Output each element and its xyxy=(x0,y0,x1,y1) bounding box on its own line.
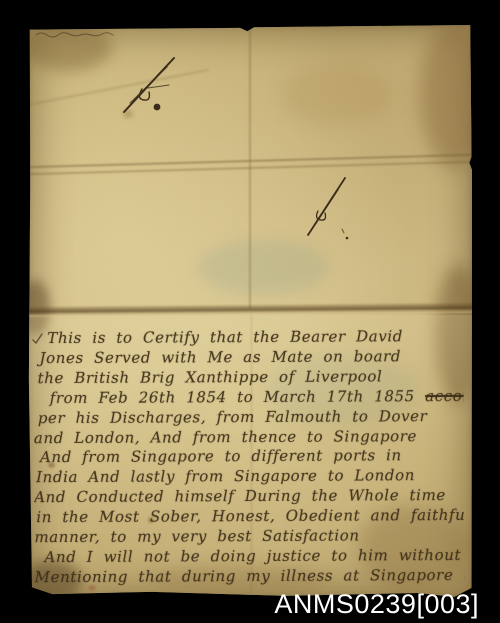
handwritten-line: manner, to my very best Satisfaction xyxy=(34,526,464,548)
photo-frame: This is to Certify that the Bearer David… xyxy=(0,0,500,623)
handwritten-line: India And lastly from Singapore to Londo… xyxy=(34,466,464,488)
handwritten-line: per his Discharges, from Falmouth to Dov… xyxy=(34,406,464,428)
fold-crease-horizontal xyxy=(24,153,476,179)
ink-mark-upper-icon xyxy=(122,55,192,127)
paper-stain xyxy=(283,65,393,125)
handwritten-line-with-correction: from Feb 26th 1854 to March 17th 1855 ac… xyxy=(34,387,464,409)
paper-stain xyxy=(198,240,328,295)
pencil-inscription-icon xyxy=(34,28,116,40)
catalog-number-caption: ANMS0239[003] xyxy=(274,589,479,620)
handwritten-line: in the Most Sober, Honest, Obedient and … xyxy=(34,506,464,528)
fold-crease-major xyxy=(24,302,476,318)
handwritten-text: This is to Certify that the Bearer David… xyxy=(33,327,464,588)
document-paper: This is to Certify that the Bearer David… xyxy=(28,25,472,597)
paper-stain xyxy=(420,19,490,169)
paper-stain xyxy=(22,21,112,71)
handwritten-line: And from Singapore to different ports in xyxy=(34,446,464,468)
handwritten-line: Mentioning that during my illness at Sin… xyxy=(35,566,465,588)
handwritten-line: the British Brig Xanthippe of Liverpool xyxy=(34,367,464,389)
struck-word: according xyxy=(425,387,464,405)
ink-mark-middle-icon xyxy=(300,173,356,243)
handwritten-line: And Conducted himself During the Whole t… xyxy=(34,486,464,508)
handwritten-line: and London, And from thence to Singapore xyxy=(34,426,464,448)
handwritten-line: Jones Served with Me as Mate on board xyxy=(33,347,463,369)
paper-stain xyxy=(20,280,50,335)
handwritten-line: This is to Certify that the Bearer David xyxy=(33,327,463,349)
handwritten-line: And I will not be doing justice to him w… xyxy=(34,546,464,568)
fold-crease-vertical xyxy=(248,25,252,309)
correction-prefix: from Feb 26th 1854 to March 17th 1855 xyxy=(50,387,415,407)
